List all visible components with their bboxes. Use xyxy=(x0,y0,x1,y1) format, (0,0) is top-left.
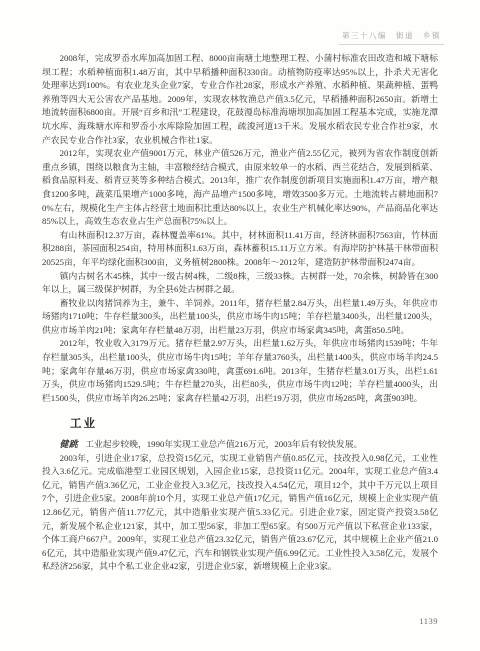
subsection-lead-text: 工业起步较晚，1990年实现工业总产值216万元，2003年后有较快发展。 xyxy=(85,439,362,449)
paragraph-agriculture-2008: 2008年，完成罗岙水库加高加固工程、8000亩南塘土地整理工程、小蒲村标准农田… xyxy=(42,52,438,147)
paragraph-agriculture-2012: 2012年，实现农业产值9001万元，林业产值526万元，渔业产值2.55亿元，… xyxy=(42,147,438,229)
running-header: 第三十八编 街道 乡镇 xyxy=(339,25,444,45)
page-number: 1139 xyxy=(419,616,438,626)
chapter-header-text: 第三十八编 街道 乡镇 xyxy=(339,30,444,45)
book-page: 第三十八编 街道 乡镇 2008年，完成罗岙水库加高加固工程、8000亩南塘土地… xyxy=(0,0,480,651)
paragraph-industry-intro: 健跳工业起步较晚，1990年实现工业总产值216万元，2003年后有较快发展。 xyxy=(42,438,438,452)
section-heading-industry: 工业 xyxy=(70,418,438,432)
paragraph-livestock-2012-2013: 2012年，牧业收入3179万元。猪存栏量2.97万头，出栏量1.62万头，年供… xyxy=(42,337,438,405)
paragraph-industry-detail: 2003年，引进企业17家，总投资15亿元，实现工业销售产值0.85亿元，技改投… xyxy=(42,452,438,574)
page-footer: 1139 xyxy=(419,611,438,629)
page-body: 2008年，完成罗岙水库加高加固工程、8000亩南塘土地整理工程、小蒲村标准农田… xyxy=(42,52,438,574)
paragraph-ancient-trees: 镇内古树名木45株，其中一级古树4株，二级8株，三级33株。古树群一处，70余株… xyxy=(42,270,438,297)
subsection-lead-jiantiao: 健跳 xyxy=(60,439,79,449)
paragraph-livestock-2011: 畜牧业以肉猪饲养为主，兼牛、羊饲养。2011年，猪存栏量2.84万头，出栏量1.… xyxy=(42,297,438,338)
paragraph-forestry: 有山林面积12.37万亩，森林覆盖率61%。其中，材林面积11.41万亩，经济林… xyxy=(42,229,438,270)
